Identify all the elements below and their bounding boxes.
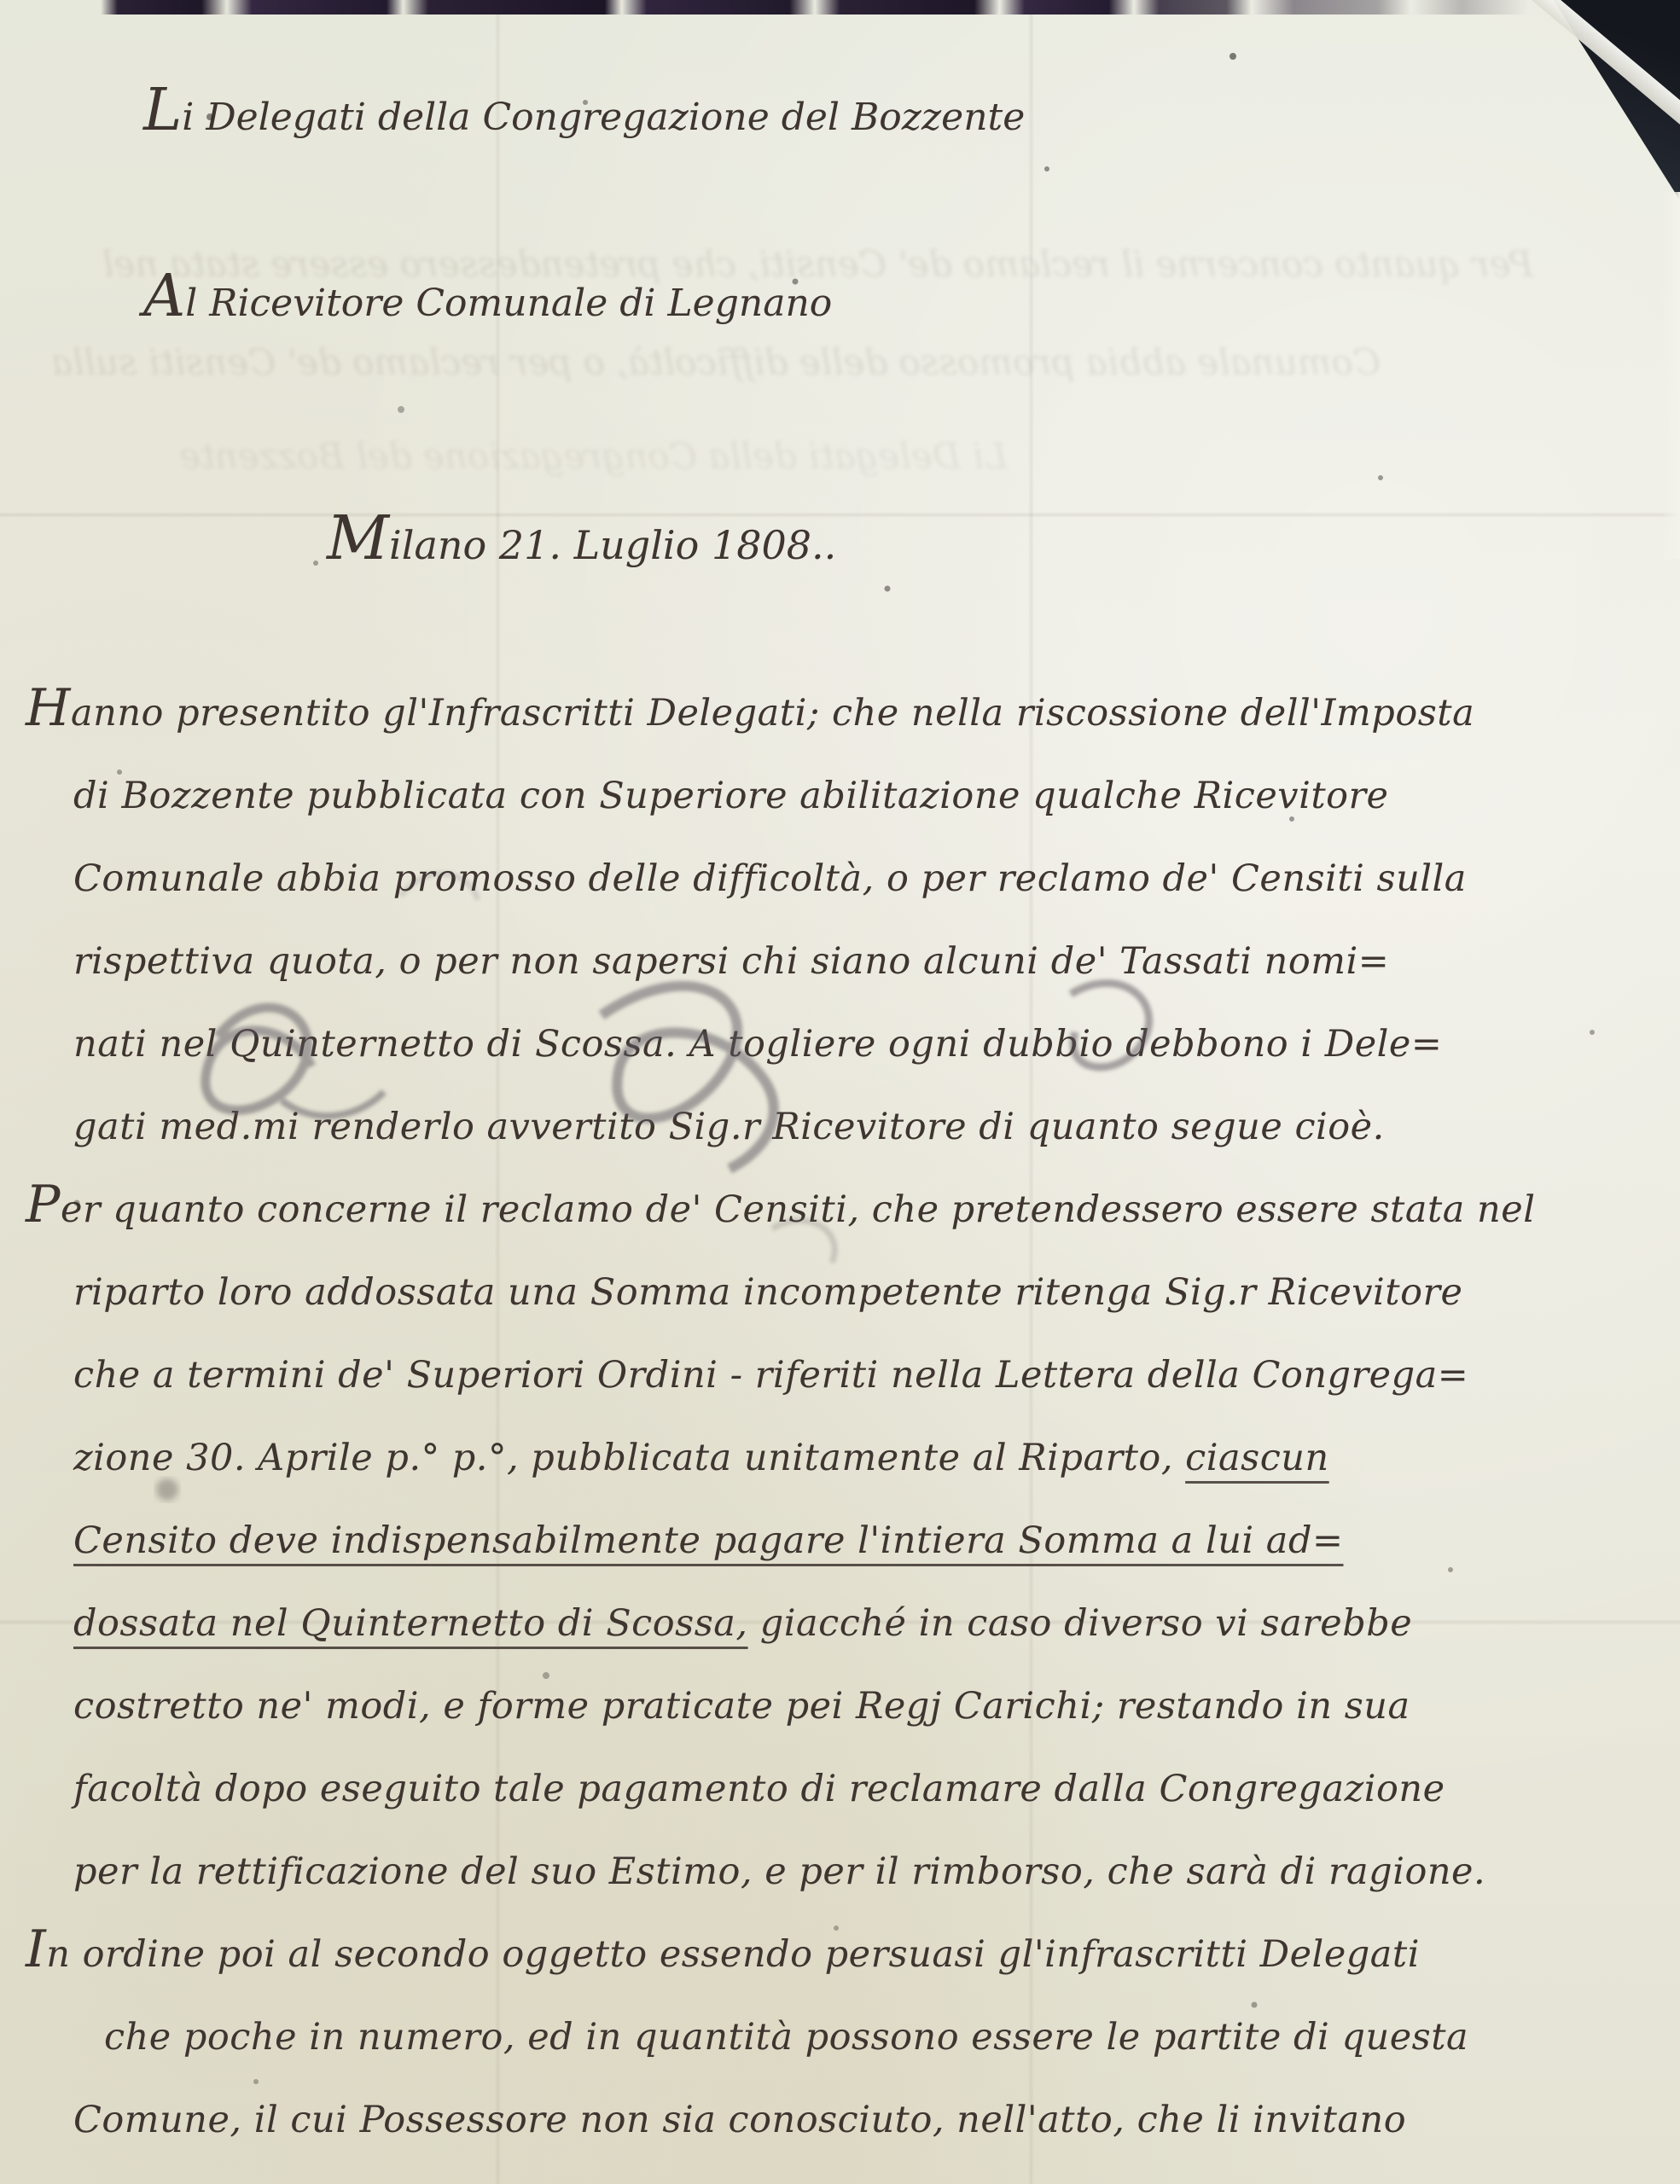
manuscript-line: Comune, il cui Possessore non sia conosc… [26,2079,1664,2162]
bleed-through-text: Per quanto concerne il reclamo de' Censi… [102,243,1533,285]
scanned-letter-page: { "colors": { "paper": "#e9e9de", "ink":… [0,0,1680,2184]
manuscript-line: Per quanto concerne il reclamo de' Censi… [26,1169,1664,1252]
manuscript-line: facoltà dopo eseguito tale pagamento di … [26,1748,1664,1831]
bleed-through-text: Li Delegati della Congregazione del Bozz… [179,435,1008,477]
manuscript-line: nati nel Quinternetto di Scossa. A togli… [26,1003,1664,1086]
addressee-line: Li Delegati della Congregazione del Bozz… [143,96,1025,139]
underlined-phrase: Censito deve indispensabilmente pagare l… [73,1519,1344,1562]
page-edge-fold-wedge [1661,192,1680,559]
paper-crease-horizontal [0,512,1680,518]
line-segment: zione 30. Aprile p.° p.°, pubblicata uni… [73,1437,1185,1479]
letter-body: Hanno presentito gl'Infrascritti Delegat… [26,672,1664,2162]
manuscript-line: In ordine poi al secondo oggetto essendo… [26,1914,1664,1996]
manuscript-line: che poche in numero, ed in quantità poss… [26,1996,1664,2079]
manuscript-line: costretto ne' modi, e forme praticate pe… [26,1665,1664,1748]
manuscript-line: gati med.mi renderlo avvertito Sig.r Ric… [26,1086,1664,1169]
manuscript-line: rispettiva quota, o per non sapersi chi … [26,921,1664,1003]
manuscript-paragraph: In ordine poi al secondo oggetto essendo… [26,1914,1664,2162]
recipient-line: Al Ricevitore Comunale di Legnano [143,282,832,325]
manuscript-paragraph: Hanno presentito gl'Infrascritti Delegat… [26,672,1664,1169]
manuscript-line: dossata nel Quinternetto di Scossa, giac… [26,1583,1664,1665]
scan-edge-top-strip [0,0,1680,15]
bleed-through-text: Comunale abbia promosso delle difficoltà… [51,341,1381,383]
manuscript-line: zione 30. Aprile p.° p.°, pubblicata uni… [26,1417,1664,1500]
underlined-phrase: dossata nel Quinternetto di Scossa, [73,1602,748,1645]
date-line: Milano 21. Luglio 1808.. [327,522,836,568]
manuscript-line: riparto loro addossata una Somma incompe… [26,1252,1664,1334]
manuscript-line: di Bozzente pubblicata con Superiore abi… [26,755,1664,838]
manuscript-paragraph: Per quanto concerne il reclamo de' Censi… [26,1169,1664,1914]
underlined-phrase: ciascun [1185,1437,1329,1479]
manuscript-line: Hanno presentito gl'Infrascritti Delegat… [26,672,1664,755]
line-segment: giacché in caso diverso vi sarebbe [748,1602,1413,1645]
manuscript-line: per la rettificazione del suo Estimo, e … [26,1831,1664,1914]
manuscript-line: che a termini de' Superiori Ordini - rif… [26,1334,1664,1417]
manuscript-line: Censito deve indispensabilmente pagare l… [26,1500,1664,1583]
manuscript-line: Comunale abbia promosso delle difficoltà… [26,838,1664,921]
